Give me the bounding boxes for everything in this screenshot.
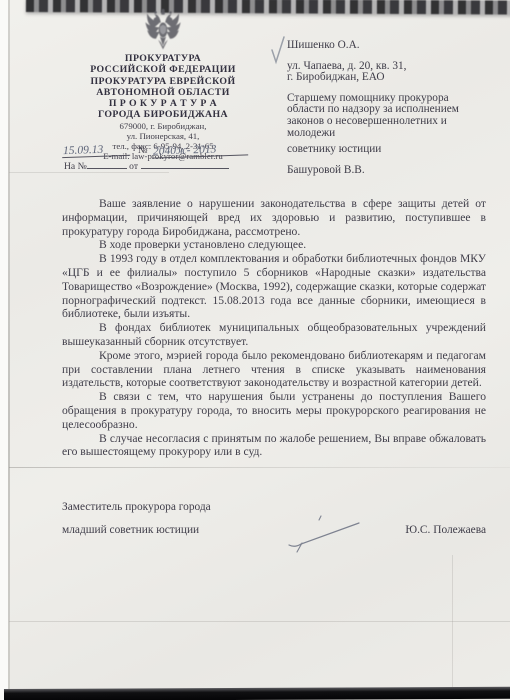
checkmark-icon <box>269 35 286 65</box>
letter-body: Ваше заявление о нарушении законодательс… <box>62 197 486 459</box>
recipient-name: Шишенко О.А. <box>287 40 489 52</box>
signer-name: Ю.С. Полежаева <box>405 524 486 536</box>
letterhead: ПРОКУРАТУРА РОССИЙСКОЙ ФЕДЕРАЦИИ ПРОКУРА… <box>60 6 266 162</box>
org-address-line: ул. Пионерская, 41, <box>60 131 266 141</box>
blank-line <box>87 159 127 169</box>
recipient-address: ул. Чапаева, д. 20, кв. 31, г. Биробиджа… <box>287 61 489 84</box>
outgoing-number-row: 15.09.13№ 2040ж- 2013 <box>62 144 272 157</box>
recipient-address-line: г. Биробиджан, ЕАО <box>287 72 489 84</box>
recipient-block: Шишенко О.А. ул. Чапаева, д. 20, кв. 31,… <box>287 40 489 185</box>
handwritten-date: 15.09.13 <box>62 143 130 158</box>
body-paragraph: Кроме этого, мэрией города было рекоменд… <box>62 349 486 390</box>
org-address-line: 679000, г. Биробиджан, <box>60 121 266 131</box>
org-name-line: ГОРОДА БИРОБИДЖАНА <box>60 109 266 120</box>
body-paragraph: В фондах библиотек муниципальных общеобр… <box>62 321 486 349</box>
addressee-name: Башуровой В.В. <box>287 165 489 177</box>
russia-coat-of-arms-icon <box>143 8 183 52</box>
org-name-line: П Р О К У Р А Т У Р А <box>60 98 266 109</box>
org-name-line: ПРОКУРАТУРА ЕВРЕЙСКОЙ <box>60 76 266 87</box>
paper-crease <box>452 555 453 690</box>
handwritten-outgoing-number: 2040ж- 2013 <box>152 142 248 158</box>
org-name-line: АВТОНОМНОЙ ОБЛАСТИ <box>60 87 266 98</box>
scan-artifact-bottom-band <box>4 687 510 700</box>
body-paragraph: В 1993 году в отдел комплектования и обр… <box>62 252 486 321</box>
signer-position-line2: младший советник юстиции <box>62 524 199 536</box>
signer-position-line1: Заместитель прокурора города <box>62 501 211 513</box>
body-paragraph: Ваше заявление о нарушении законодательс… <box>62 197 486 238</box>
blank-line <box>141 159 229 169</box>
body-paragraph: В ходе проверки установлено следующее. <box>62 238 486 252</box>
addressee-rank: советнику юстиции <box>287 144 489 156</box>
reference-number-row: На № от <box>64 159 229 172</box>
na-number-label: На № <box>64 161 87 172</box>
ot-date-label: от <box>129 161 138 172</box>
body-paragraph: В случае несогласия с принятым по жалобе… <box>62 432 486 460</box>
paper-edge-shadow <box>8 0 10 700</box>
signer-rank-row: младший советник юстиции Ю.С. Полежаева <box>62 524 486 536</box>
org-name-line: ПРОКУРАТУРА <box>60 53 266 64</box>
org-name-line: РОССИЙСКОЙ ФЕДЕРАЦИИ <box>60 64 266 75</box>
scanned-letter: ПРОКУРАТУРА РОССИЙСКОЙ ФЕДЕРАЦИИ ПРОКУРА… <box>0 0 510 700</box>
body-paragraph: В связи с тем, что нарушения были устран… <box>62 390 486 431</box>
number-sign: № <box>138 145 148 156</box>
addressee-position: Старшему помощнику прокурора области по … <box>287 93 489 139</box>
